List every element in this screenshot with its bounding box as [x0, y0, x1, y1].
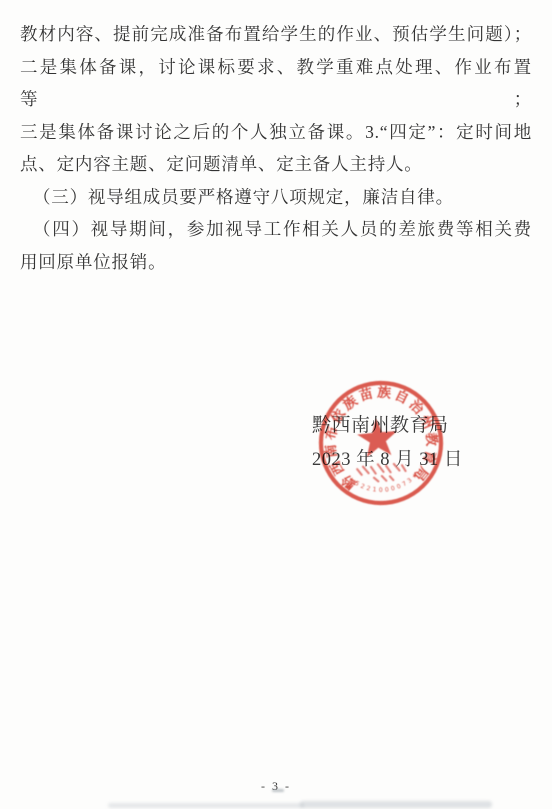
body-line: 用回原单位报销。 — [20, 246, 532, 279]
body-line: （三）视导组成员要严格遵守八项规定，廉洁自律。 — [20, 181, 532, 214]
seal-star-icon — [356, 417, 399, 458]
document-body: 教材内容、提前完成准备布置给学生的作业、预估学生问题）； 二是集体备课，讨论课标… — [20, 18, 532, 278]
body-line: 教材内容、提前完成准备布置给学生的作业、预估学生问题）； — [20, 18, 532, 51]
scan-smudge — [108, 803, 304, 808]
body-line: 二是集体备课，讨论课标要求、教学重难点处理、作业布置等； — [20, 51, 532, 116]
scan-smudge — [272, 789, 284, 792]
body-line: （四）视导期间，参加视导工作相关人员的差旅费等相关费 — [20, 213, 532, 246]
official-seal-stamp: 黔西南布依族苗族自治州教育局 ★5221000073★ — [294, 356, 467, 529]
scan-smudge — [300, 801, 492, 808]
document-page: 教材内容、提前完成准备布置给学生的作业、预估学生问题）； 二是集体备课，讨论课标… — [0, 0, 552, 809]
body-line: 点、定内容主题、定问题清单、定主备人主持人。 — [20, 148, 532, 181]
seal-inner-marks — [357, 462, 406, 483]
body-line: 三是集体备课讨论之后的个人独立备课。3.“四定”：定时间地 — [20, 116, 532, 149]
